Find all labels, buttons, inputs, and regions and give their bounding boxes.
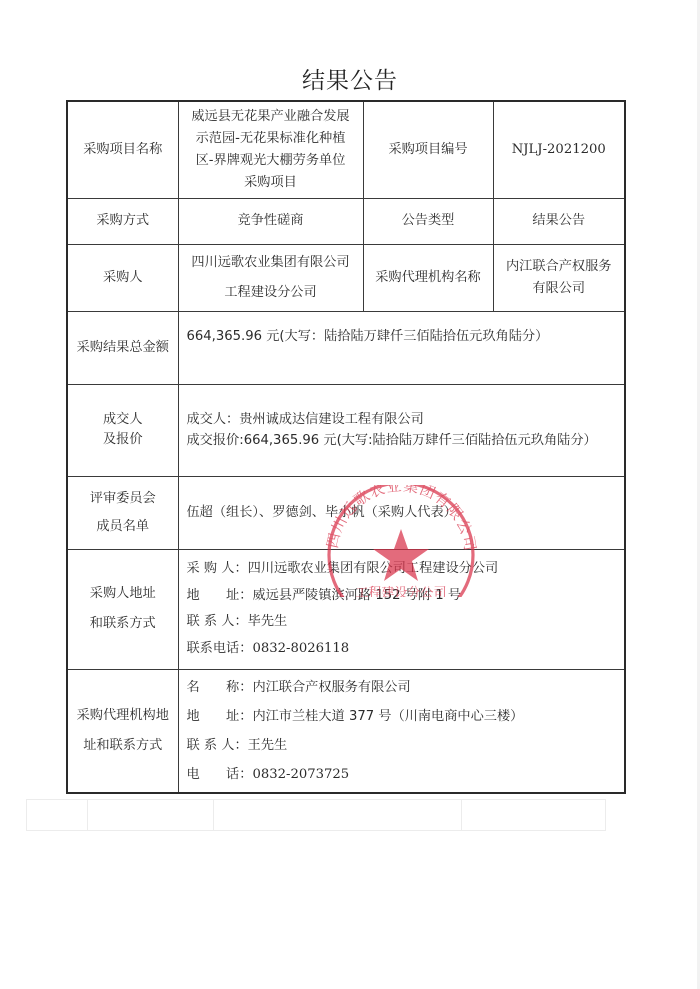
committee-value: 伍超（组长）、罗德剑、毕小帆（采购人代表） xyxy=(178,476,625,549)
agency-contact-label: 采购代理机构地 址和联系方式 xyxy=(67,669,178,793)
purchaser-label: 采购人 xyxy=(67,244,178,311)
winner-label-line-2: 及报价 xyxy=(68,430,178,450)
committee-label-line-1: 评审委员会 xyxy=(68,485,178,513)
total-amount-value: 664,365.96 元(大写：陆拾陆万肆仟三佰陆拾伍元玖角陆分） xyxy=(178,311,625,384)
contact-value: 0832-8026118 xyxy=(252,641,349,656)
winner-name: 成交人：贵州诚成达信建设工程有限公司 xyxy=(187,409,625,430)
agency-contact-line: 地 址：内江市兰桂大道 377 号（川南电商中心三楼） xyxy=(187,702,625,731)
agency-line-2: 有限公司 xyxy=(494,278,625,300)
winner-label: 成交人 及报价 xyxy=(67,384,178,476)
committee-label: 评审委员会 成员名单 xyxy=(67,476,178,549)
contact-value: 四川远歌农业集团有限公司工程建设分公司 xyxy=(248,561,499,576)
project-number-label: 采购项目编号 xyxy=(363,101,493,198)
contact-key: 联系电话： xyxy=(187,636,253,663)
contact-value: 毕先生 xyxy=(248,614,288,629)
purchaser-line-1: 四川远歌农业集团有限公司 xyxy=(179,248,363,278)
contact-value: 威远县严陵镇滨河路 152 号附 1 号 xyxy=(252,588,461,603)
procurement-method-value: 竞争性磋商 xyxy=(178,198,363,244)
project-name-label: 采购项目名称 xyxy=(67,101,178,198)
purchaser-contact-line: 联 系 人：毕先生 xyxy=(187,609,625,636)
announcement-type-label: 公告类型 xyxy=(363,198,493,244)
agency-contact-value: 名 称：内江联合产权服务有限公司 地 址：内江市兰桂大道 377 号（川南电商中… xyxy=(178,669,625,793)
winner-price: 成交报价:664,365.96 元(大写:陆拾陆万肆仟三佰陆拾伍元玖角陆分） xyxy=(187,430,625,451)
ghost-cell xyxy=(88,800,214,830)
purchaser-contact-line: 地 址：威远县严陵镇滨河路 152 号附 1 号 xyxy=(187,583,625,610)
project-name-line: 采购项目 xyxy=(179,172,363,194)
agency-value: 内江联合产权服务 有限公司 xyxy=(493,244,625,311)
purchaser-contact-label: 采购人地址 和联系方式 xyxy=(67,549,178,669)
agency-contact-label-line-2: 址和联系方式 xyxy=(68,731,178,761)
bleed-through-table xyxy=(26,799,606,831)
ghost-cell xyxy=(462,800,605,830)
row-total-amount: 采购结果总金额 664,365.96 元(大写：陆拾陆万肆仟三佰陆拾伍元玖角陆分… xyxy=(67,311,625,384)
project-number-value: NJLJ-2021200 xyxy=(493,101,625,198)
agency-contact-line: 电 话：0832-2073725 xyxy=(187,760,625,789)
purchaser-contact-value: 采 购 人：四川远歌农业集团有限公司工程建设分公司 地 址：威远县严陵镇滨河路 … xyxy=(178,549,625,669)
contact-key: 地 址： xyxy=(187,583,253,610)
row-purchaser: 采购人 四川远歌农业集团有限公司 工程建设分公司 采购代理机构名称 内江联合产权… xyxy=(67,244,625,311)
committee-label-line-2: 成员名单 xyxy=(68,513,178,541)
purchaser-contact-line: 联系电话：0832-8026118 xyxy=(187,636,625,663)
agency-line-1: 内江联合产权服务 xyxy=(494,256,625,278)
purchaser-contact-label-line-2: 和联系方式 xyxy=(68,609,178,639)
result-announcement-table: 采购项目名称 威远县无花果产业融合发展 示范园-无花果标准化种植 区-界牌观光大… xyxy=(66,100,626,794)
contact-key: 采 购 人： xyxy=(187,556,248,583)
project-name-value: 威远县无花果产业融合发展 示范园-无花果标准化种植 区-界牌观光大棚劳务单位 采… xyxy=(178,101,363,198)
contact-key: 地 址： xyxy=(187,702,253,731)
row-project-name: 采购项目名称 威远县无花果产业融合发展 示范园-无花果标准化种植 区-界牌观光大… xyxy=(67,101,625,198)
ghost-cell xyxy=(214,800,463,830)
row-purchaser-contact: 采购人地址 和联系方式 采 购 人：四川远歌农业集团有限公司工程建设分公司 地 … xyxy=(67,549,625,669)
project-name-line: 示范园-无花果标准化种植 xyxy=(179,128,363,150)
page-title: 结果公告 xyxy=(0,62,700,95)
announcement-type-value: 结果公告 xyxy=(493,198,625,244)
winner-value: 成交人：贵州诚成达信建设工程有限公司 成交报价:664,365.96 元(大写:… xyxy=(178,384,625,476)
contact-key: 联 系 人： xyxy=(187,731,248,760)
contact-value: 0832-2073725 xyxy=(252,767,349,782)
procurement-method-label: 采购方式 xyxy=(67,198,178,244)
agency-contact-label-line-1: 采购代理机构地 xyxy=(68,701,178,731)
contact-key: 电 话： xyxy=(187,760,253,789)
agency-contact-line: 联 系 人：王先生 xyxy=(187,731,625,760)
row-agency-contact: 采购代理机构地 址和联系方式 名 称：内江联合产权服务有限公司 地 址：内江市兰… xyxy=(67,669,625,793)
contact-value: 王先生 xyxy=(248,738,288,753)
ghost-cell xyxy=(27,800,88,830)
purchaser-contact-label-line-1: 采购人地址 xyxy=(68,579,178,609)
total-amount-label: 采购结果总金额 xyxy=(67,311,178,384)
row-procurement-method: 采购方式 竞争性磋商 公告类型 结果公告 xyxy=(67,198,625,244)
contact-value: 内江联合产权服务有限公司 xyxy=(252,680,410,695)
purchaser-line-2: 工程建设分公司 xyxy=(179,278,363,308)
project-name-line: 威远县无花果产业融合发展 xyxy=(179,106,363,128)
agency-contact-line: 名 称：内江联合产权服务有限公司 xyxy=(187,673,625,702)
project-name-line: 区-界牌观光大棚劳务单位 xyxy=(179,150,363,172)
agency-label: 采购代理机构名称 xyxy=(363,244,493,311)
contact-key: 联 系 人： xyxy=(187,609,248,636)
row-committee: 评审委员会 成员名单 伍超（组长）、罗德剑、毕小帆（采购人代表） xyxy=(67,476,625,549)
purchaser-value: 四川远歌农业集团有限公司 工程建设分公司 xyxy=(178,244,363,311)
contact-value: 内江市兰桂大道 377 号（川南电商中心三楼） xyxy=(252,709,523,724)
row-winner: 成交人 及报价 成交人：贵州诚成达信建设工程有限公司 成交报价:664,365.… xyxy=(67,384,625,476)
purchaser-contact-line: 采 购 人：四川远歌农业集团有限公司工程建设分公司 xyxy=(187,556,625,583)
winner-label-line-1: 成交人 xyxy=(68,410,178,430)
contact-key: 名 称： xyxy=(187,673,253,702)
